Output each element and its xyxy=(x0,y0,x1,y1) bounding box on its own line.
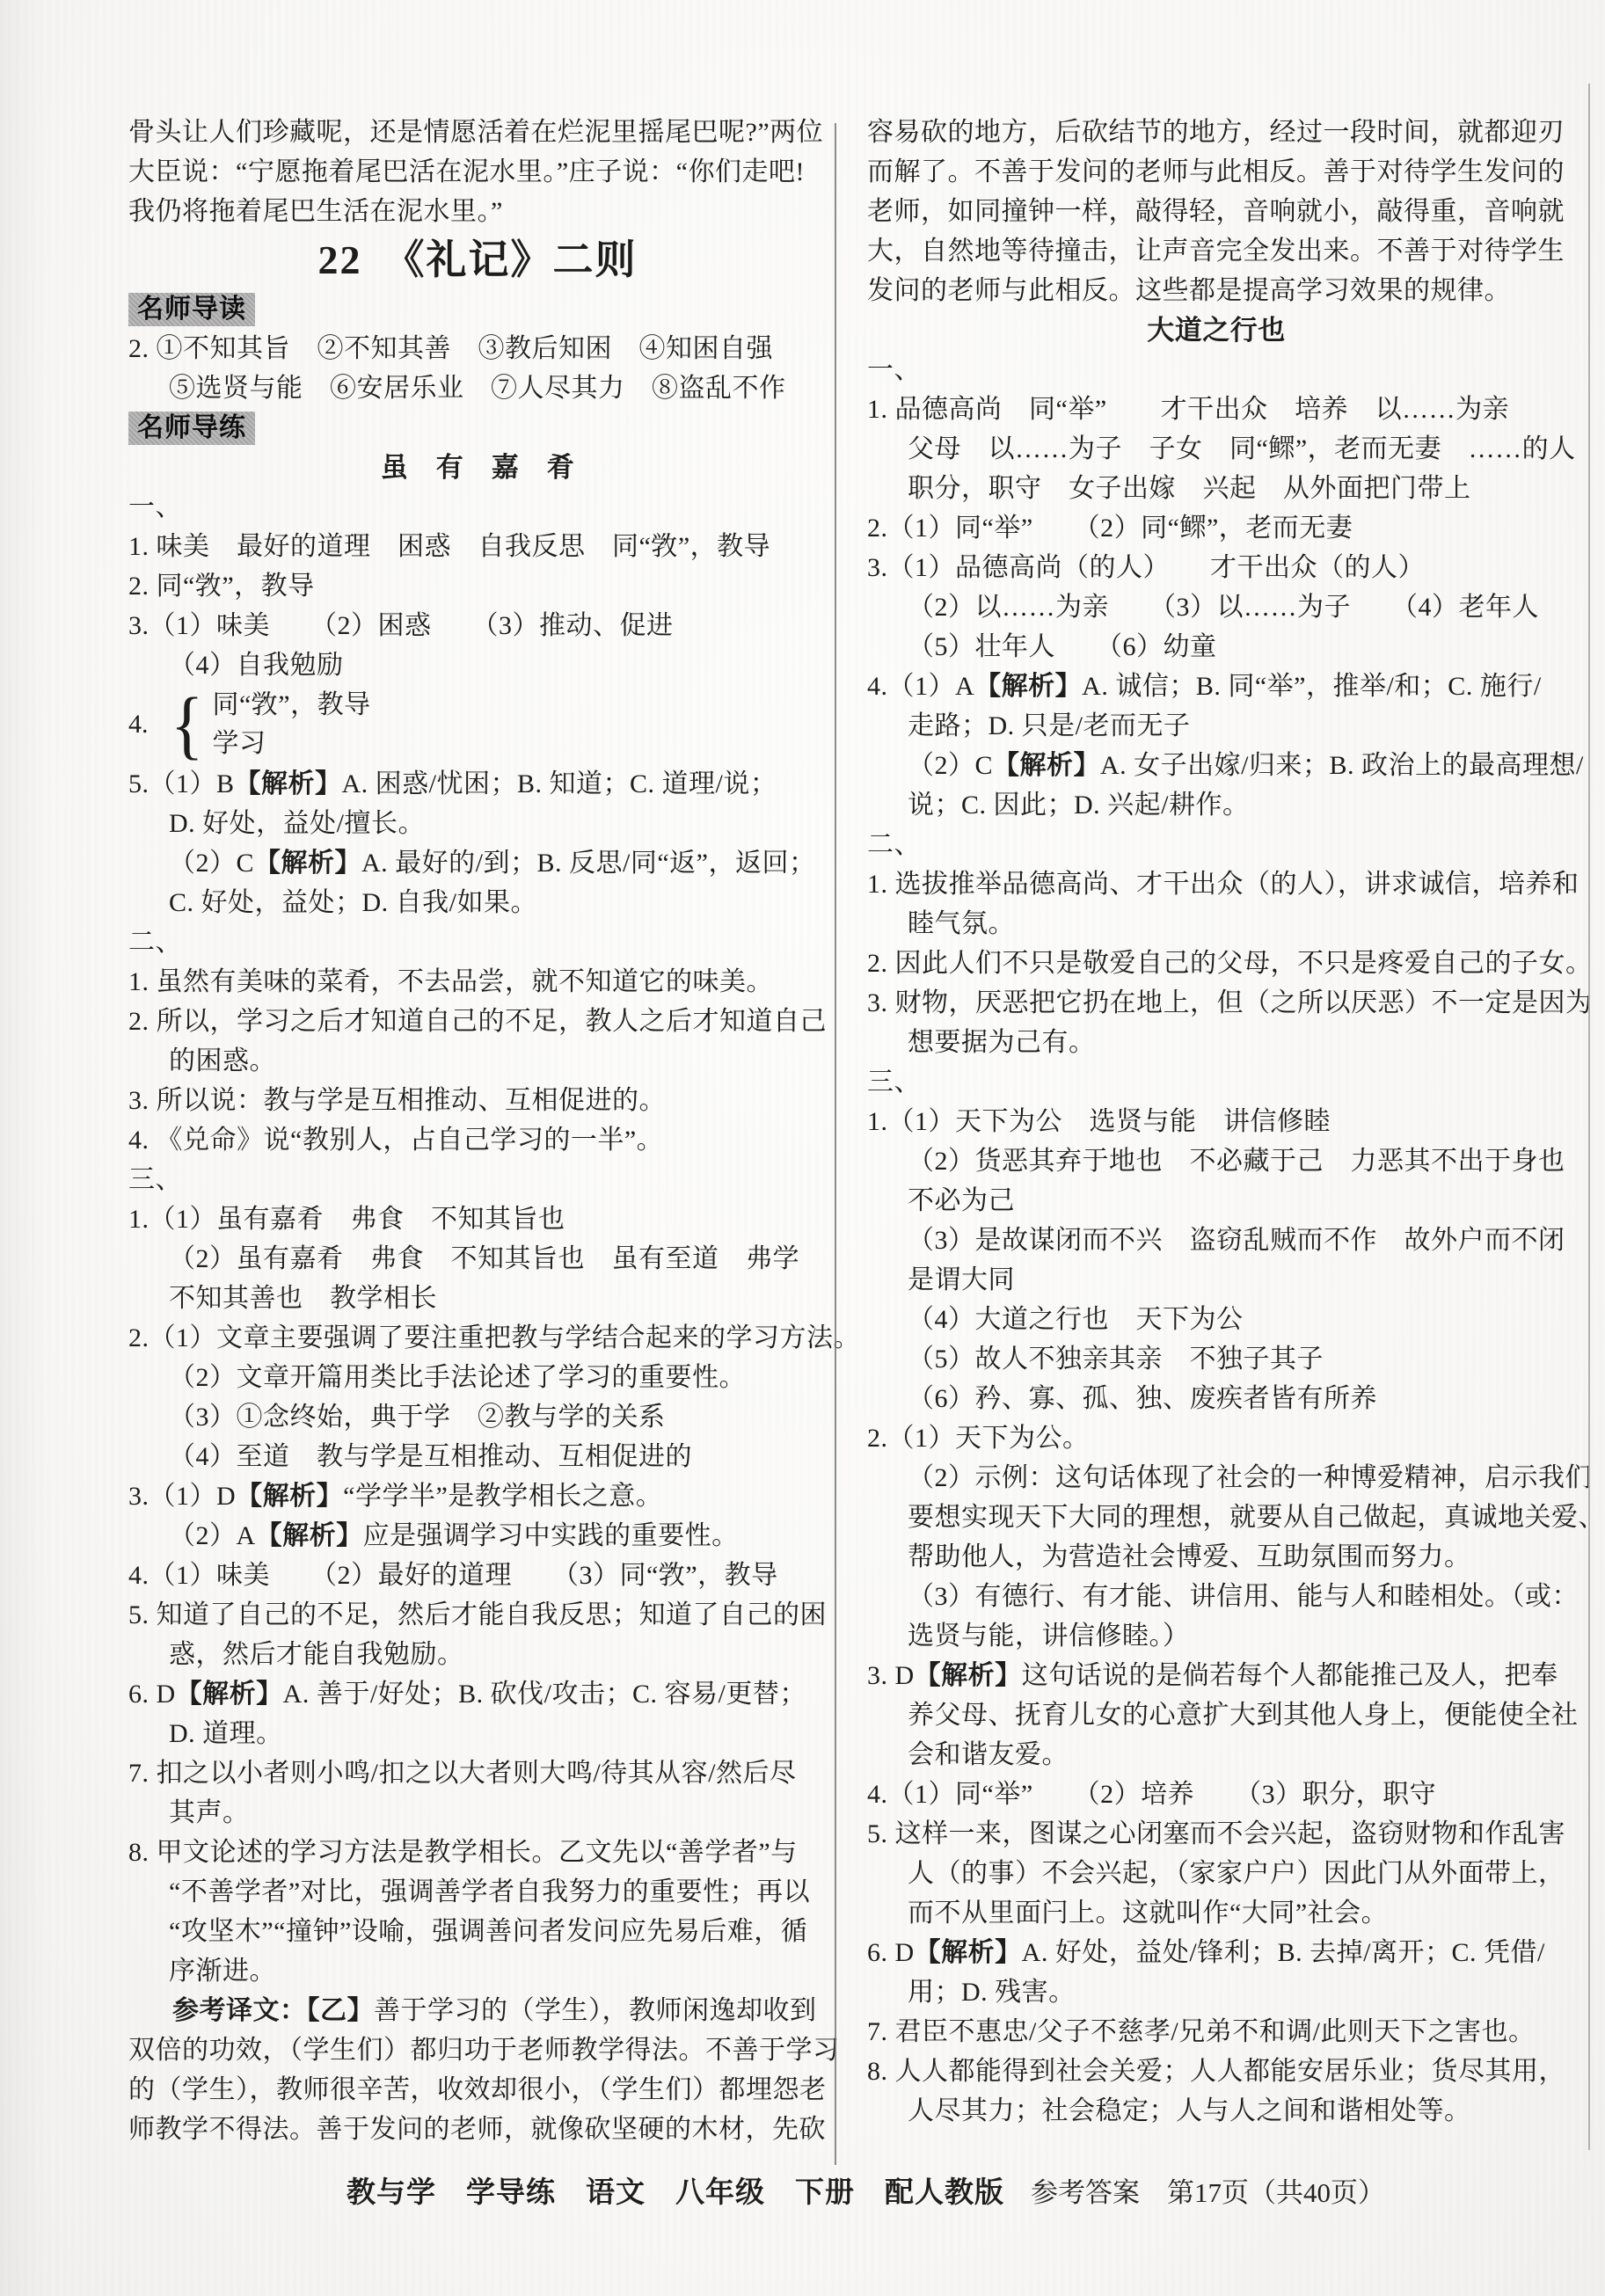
text-line: 人尽其力；社会稳定；人与人之间和谐相处等。 xyxy=(867,2091,1565,2131)
text-line: （2）C【解析】A. 女子出嫁/归来；B. 政治上的最高理想/ xyxy=(867,746,1565,785)
text-line: 走路；D. 只是/老而无子 xyxy=(867,706,1565,746)
text-line: （2）以……为亲 （3）以……为子 （4）老年人 xyxy=(867,587,1565,627)
text-line: 二、 xyxy=(867,825,1565,864)
text-line: 睦气氛。 xyxy=(867,904,1565,944)
text-line: 序渐进。 xyxy=(128,1951,827,1991)
text-line: 8. 甲文论述的学习方法是教学相长。乙文先以“善学者”与 xyxy=(128,1833,827,1872)
text-line: 3.（1）味美 （2）困惑 （3）推动、促进 xyxy=(128,606,827,645)
text-line: 惑，然后才能自我勉励。 xyxy=(128,1635,827,1674)
left-column: 骨头让人们珍藏呢，还是情愿活着在烂泥里摇尾巴呢?”两位大臣说：“宁愿拖着尾巴活在… xyxy=(128,113,827,2149)
text-line: 而解了。不善于发问的老师与此相反。善于对待学生发问的 xyxy=(867,152,1565,192)
text-line: 3.（1）品德高尚（的人） 才干出众（的人） xyxy=(867,548,1565,587)
scanned-answer-page: 骨头让人们珍藏呢，还是情愿活着在烂泥里摇尾巴呢?”两位大臣说：“宁愿拖着尾巴活在… xyxy=(0,0,1605,2296)
text-line: “攻坚木”“撞钟”设喻，强调善问者发问应先易后难，循 xyxy=(128,1912,827,1951)
text-line: 5. 知道了自己的不足，然后才能自我反思；知道了自己的困 xyxy=(128,1595,827,1635)
text-line: ⑤选贤与能 ⑥安居乐业 ⑦人尽其力 ⑧盗乱不作 xyxy=(128,368,827,408)
text-line: 的（学生），教师很辛苦，收效却很小，（学生们）都埋怨老 xyxy=(128,2070,827,2110)
tag-label-row: 名师导读 xyxy=(128,289,827,329)
text-line: 4.（1）同“举” （2）培养 （3）职分，职守 xyxy=(867,1775,1565,1814)
text-line: 2. ①不知其旨 ②不知其善 ③教后知困 ④知困自强 xyxy=(128,329,827,368)
tag-label: 名师导读 xyxy=(128,293,255,326)
footer-page-info: 参考答案 第17页（共40页） xyxy=(1031,2177,1385,2208)
text-line: 3. 财物，厌恶把它扔在地上，但（之所以厌恶）不一定是因为 xyxy=(867,983,1565,1023)
text-line: 职分，职守 女子出嫁 兴起 从外面把门带上 xyxy=(867,469,1565,508)
text-line: 会和谐友爱。 xyxy=(867,1735,1565,1775)
text-line: （2）示例：这句话体现了社会的一种博爱精神，启示我们 xyxy=(867,1458,1565,1498)
footer-series-label: 教与学 学导练 语文 八年级 下册 配人教版 xyxy=(347,2177,1004,2209)
text-line: 三、 xyxy=(867,1062,1565,1102)
text-line: 想要据为己有。 xyxy=(867,1023,1565,1062)
text-line: 1.（1）虽有嘉肴 弗食 不知其旨也 xyxy=(128,1199,827,1239)
text-line: 父母 以……为子 子女 同“鳏”，老而无妻 ……的人 xyxy=(867,429,1565,469)
text-line: 养父母、抚育儿女的心意扩大到其他人身上，便能使全社 xyxy=(867,1695,1565,1735)
text-line: 6. D【解析】A. 好处，益处/锋利；B. 去掉/离开；C. 凭借/ xyxy=(867,1933,1565,1972)
text-line: 3.（1）D【解析】“学学半”是教学相长之意。 xyxy=(128,1476,827,1516)
text-line: （2）文章开篇用类比手法论述了学习的重要性。 xyxy=(128,1358,827,1397)
text-line: 2.（1）文章主要强调了要注重把教与学结合起来的学习方法。 xyxy=(128,1318,827,1358)
text-line: 老师，如同撞钟一样，敲得轻，音响就小，敲得重，音响就 xyxy=(867,192,1565,231)
text-line: 2. 因此人们不只是敬爱自己的父母，不只是疼爱自己的子女。 xyxy=(867,944,1565,983)
text-line: “不善学者”对比，强调善学者自我努力的重要性；再以 xyxy=(128,1872,827,1912)
text-line: 其声。 xyxy=(128,1793,827,1833)
text-line: 一、 xyxy=(128,487,827,527)
text-line: 骨头让人们珍藏呢，还是情愿活着在烂泥里摇尾巴呢?”两位 xyxy=(128,113,827,152)
text-line: 人（的事）不会兴起，（家家户户）因此门从外面带上， xyxy=(867,1854,1565,1893)
text-line: D. 好处，益处/擅长。 xyxy=(128,804,827,843)
section-title: 虽 有 嘉 肴 xyxy=(128,448,827,487)
text-line: 学习 xyxy=(212,725,370,763)
text-line: 而不从里面闩上。这就叫作“大同”社会。 xyxy=(867,1893,1565,1933)
text-line: （3）是故谋闭而不兴 盗窃乱贼而不作 故外户而不闭 xyxy=(867,1221,1565,1260)
text-line: 1. 选拔推举品德高尚、才干出众（的人），讲求诚信，培养和 xyxy=(867,864,1565,904)
text-line: 用；D. 残害。 xyxy=(867,1972,1565,2012)
text-line: 参考译文：【乙】善于学习的（学生），教师闲逸却收到 xyxy=(128,1991,827,2030)
text-line: （4）大道之行也 天下为公 xyxy=(867,1300,1565,1339)
text-line: 4.（1）味美 （2）最好的道理 （3）同“敩”，教导 xyxy=(128,1556,827,1595)
item-number: 4. xyxy=(128,710,171,740)
text-line: 8. 人人都能得到社会关爱；人人都能安居乐业；货尽其用， xyxy=(867,2052,1565,2091)
text-line: 1. 虽然有美味的菜肴，不去品尝，就不知道它的味美。 xyxy=(128,962,827,1002)
text-line: 不必为己 xyxy=(867,1181,1565,1221)
text-line: 2. 同“敩”，教导 xyxy=(128,566,827,606)
page-footer: 教与学 学导练 语文 八年级 下册 配人教版 参考答案 第17页（共40页） xyxy=(63,2169,1605,2211)
text-line: （5）壮年人 （6）幼童 xyxy=(867,627,1565,667)
chapter-title: 22 《礼记》二则 xyxy=(128,231,827,289)
text-line: （4）自我勉励 xyxy=(128,645,827,685)
text-line: 1.（1）天下为公 选贤与能 讲信修睦 xyxy=(867,1102,1565,1141)
text-line: 双倍的功效，（学生们）都归功于老师教学得法。不善于学习 xyxy=(128,2030,827,2070)
text-line: （2）A【解析】应是强调学习中实践的重要性。 xyxy=(128,1516,827,1556)
text-line: 2.（1）同“举” （2）同“鳏”，老而无妻 xyxy=(867,508,1565,548)
text-line: 3. 所以说：教与学是互相推动、互相促进的。 xyxy=(128,1081,827,1120)
text-line: 发问的老师与此相反。这些都是提高学习效果的规律。 xyxy=(867,271,1565,310)
text-line: 二、 xyxy=(128,922,827,962)
text-line: （2）C【解析】A. 最好的/到；B. 反思/同“返”，返回； xyxy=(128,843,827,883)
text-line: （4）至道 教与学是互相推动、互相促进的 xyxy=(128,1437,827,1476)
text-line: C. 好处，益处；D. 自我/如果。 xyxy=(128,883,827,922)
text-line: 是谓大同 xyxy=(867,1260,1565,1300)
text-line: 1. 品德高尚 同“举” 才干出众 培养 以……为亲 xyxy=(867,390,1565,429)
text-line: 大，自然地等待撞击，让声音完全发出来。不善于对待学生 xyxy=(867,231,1565,271)
text-line: 大臣说：“宁愿拖着尾巴活在泥水里。”庄子说：“你们走吧! xyxy=(128,152,827,192)
text-line: 同“敩”，教导 xyxy=(212,686,370,725)
text-line: 6. D【解析】A. 善于/好处；B. 砍伐/攻击；C. 容易/更替； xyxy=(128,1674,827,1714)
scan-edge-shadow xyxy=(0,0,49,2296)
brace-lines: 同“敩”，教导学习 xyxy=(212,686,370,763)
section-title: 大道之行也 xyxy=(867,310,1565,350)
text-line: 容易砍的地方，后砍结节的地方，经过一段时间，就都迎刃 xyxy=(867,113,1565,152)
text-line: 一、 xyxy=(867,350,1565,390)
text-line: 4. 《兑命》说“教别人，占自己学习的一半”。 xyxy=(128,1120,827,1160)
text-line: 5.（1）B【解析】A. 困惑/忧困；B. 知道；C. 道理/说； xyxy=(128,764,827,804)
text-line: D. 道理。 xyxy=(128,1714,827,1753)
text-line: （3）有德行、有才能、讲信用、能与人和睦相处。（或： xyxy=(867,1577,1565,1616)
text-line: 三、 xyxy=(128,1160,827,1199)
text-line: 选贤与能，讲信修睦。） xyxy=(867,1616,1565,1656)
text-line: 师教学不得法。善于发问的老师，就像砍坚硬的木材，先砍 xyxy=(128,2110,827,2149)
text-line: 的困惑。 xyxy=(128,1041,827,1081)
text-line: 3. D【解析】这句话说的是倘若每个人都能推己及人，把奉 xyxy=(867,1656,1565,1695)
text-line: （6）矜、寡、孤、独、废疾者皆有所养 xyxy=(867,1379,1565,1418)
text-line: （3）①念终始，典于学 ②教与学的关系 xyxy=(128,1397,827,1437)
brace-icon: { xyxy=(171,683,203,766)
text-line: 7. 君臣不惠忠/父子不慈孝/兄弟不和调/此则天下之害也。 xyxy=(867,2012,1565,2052)
text-line: 4.（1）A【解析】A. 诚信；B. 同“举”，推举/和；C. 施行/ xyxy=(867,667,1565,706)
text-line: 2.（1）天下为公。 xyxy=(867,1418,1565,1458)
text-line: （2）虽有嘉肴 弗食 不知其旨也 虽有至道 弗学 xyxy=(128,1239,827,1279)
text-line: 7. 扣之以小者则小鸣/扣之以大者则大鸣/待其从容/然后尽 xyxy=(128,1753,827,1793)
page-edge-line xyxy=(1588,84,1590,2150)
tag-label-row: 名师导练 xyxy=(128,408,827,448)
text-line: 不知其善也 教学相长 xyxy=(128,1279,827,1318)
right-column: 容易砍的地方，后砍结节的地方，经过一段时间，就都迎刃而解了。不善于发问的老师与此… xyxy=(867,113,1565,2131)
text-line: 我仍将拖着尾巴生活在泥水里。” xyxy=(128,192,827,231)
text-line: 说；C. 因此；D. 兴起/耕作。 xyxy=(867,785,1565,825)
text-line: （5）故人不独亲其亲 不独子其子 xyxy=(867,1339,1565,1379)
text-line: 1. 味美 最好的道理 困惑 自我反思 同“敩”，教导 xyxy=(128,527,827,566)
braced-answer-item: 4.{同“敩”，教导学习 xyxy=(128,685,827,764)
text-line: 要想实现天下大同的理想，就要从自己做起，真诚地关爱、 xyxy=(867,1498,1565,1537)
column-divider-line xyxy=(835,123,836,2165)
text-line: 2. 所以，学习之后才知道自己的不足，教人之后才知道自己 xyxy=(128,1002,827,1041)
text-line: 帮助他人，为营造社会博爱、互助氛围而努力。 xyxy=(867,1537,1565,1577)
tag-label: 名师导练 xyxy=(128,412,255,445)
text-line: 5. 这样一来，图谋之心闭塞而不会兴起，盗窃财物和作乱害 xyxy=(867,1814,1565,1854)
text-line: （2）货恶其弃于地也 不必藏于己 力恶其不出于身也 xyxy=(867,1141,1565,1181)
